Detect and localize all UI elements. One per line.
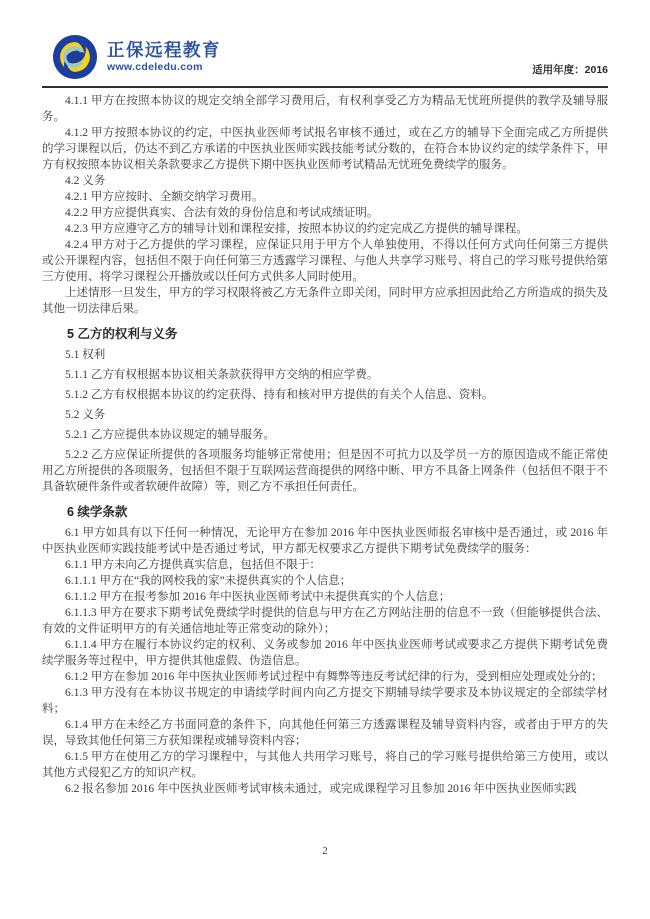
applicable-year-label: 适用年度：2016 <box>532 62 608 80</box>
paragraph: 5.2.2 乙方应保证所提供的各项服务均能够正常使用；但是因不可抗力以及学员一方… <box>42 447 608 495</box>
paragraph: 上述情形一旦发生，甲方的学习权限将被乙方无条件立即关闭，同时甲方应承担因此给乙方… <box>42 285 608 317</box>
paragraph: 4.1.2 甲方按照本协议的约定，中医执业医师考试报名审核不通过，或在乙方的辅导… <box>42 125 608 173</box>
paragraph: 5.2 义务 <box>42 407 608 423</box>
paragraph: 4.1.1 甲方在按照本协议的规定交纳全部学习费用后，有权利享受乙方为精品无忧班… <box>42 93 608 125</box>
brand: 正保远程教育 www.cdeledu.com <box>52 34 221 80</box>
paragraph: 5.1 权利 <box>42 347 608 363</box>
paragraph: 6.2 报名参加 2016 年中医执业医师考试审核未通过，或完成课程学习且参加 … <box>42 781 608 797</box>
paragraph: 5.1.2 乙方有权根据本协议的约定获得、持有和核对甲方提供的有关个人信息、资料… <box>42 387 608 403</box>
paragraph: 4.2.1 甲方应按时、全额交纳学习费用。 <box>42 189 608 205</box>
paragraph: 6.1.1.4 甲方在履行本协议约定的权利、义务或参加 2016 年中医执业医师… <box>42 637 608 669</box>
document-page: 正保远程教育 www.cdeledu.com 适用年度：2016 4.1.1 甲… <box>0 0 650 919</box>
swirl-globe-icon <box>52 34 98 80</box>
paragraph: 6.1.5 甲方在使用乙方的学习课程中，与其他人共用学习账号，将自己的学习账号提… <box>42 749 608 781</box>
paragraph: 5.2.1 乙方应提供本协议规定的辅导服务。 <box>42 427 608 443</box>
brand-url: www.cdeledu.com <box>107 62 221 73</box>
paragraph: 6.1.1.1 甲方在“我的网校我的家”未提供真实的个人信息； <box>42 573 608 589</box>
page-header: 正保远程教育 www.cdeledu.com 适用年度：2016 <box>0 0 650 80</box>
paragraph: 6.1 甲方如具有以下任何一种情况，无论甲方在参加 2016 年中医执业医师报名… <box>42 525 608 557</box>
paragraph: 4.2.2 甲方应提供真实、合法有效的身份信息和考试成绩证明。 <box>42 205 608 221</box>
brand-text: 正保远程教育 www.cdeledu.com <box>107 41 221 72</box>
paragraph: 6.1.3 甲方没有在本协议书规定的申请续学时间内向乙方提交下期辅导续学要求及本… <box>42 685 608 717</box>
brand-name: 正保远程教育 <box>107 41 221 59</box>
paragraph: 6.1.4 甲方在未经乙方书面同意的条件下，向其他任何第三方透露课程及辅导资料内… <box>42 717 608 749</box>
document-body: 4.1.1 甲方在按照本协议的规定交纳全部学习费用后，有权利享受乙方为精品无忧班… <box>0 88 650 797</box>
paragraph: 4.2.3 甲方应遵守乙方的辅导计划和课程安排，按照本协议的约定完成乙方提供的辅… <box>42 221 608 237</box>
paragraph: 4.2.4 甲方对于乙方提供的学习课程，应保证只用于甲方个人单独使用，不得以任何… <box>42 237 608 285</box>
paragraph: 6.1.1.2 甲方在报考参加 2016 年中医执业医师考试中未提供真实的个人信… <box>42 589 608 605</box>
section-heading: 6 续学条款 <box>42 504 608 520</box>
paragraph: 5.1.1 乙方有权根据本协议相关条款获得甲方交纳的相应学费。 <box>42 367 608 383</box>
paragraph: 4.2 义务 <box>42 173 608 189</box>
paragraph: 6.1.1 甲方未向乙方提供真实信息，包括但不限于： <box>42 557 608 573</box>
page-number: 2 <box>0 845 650 857</box>
section-heading: 5 乙方的权利与义务 <box>42 326 608 342</box>
paragraph: 6.1.1.3 甲方在要求下期考试免费续学时提供的信息与甲方在乙方网站注册的信息… <box>42 605 608 637</box>
paragraph: 6.1.2 甲方在参加 2016 年中医执业医师考试过程中有舞弊等违反考试纪律的… <box>42 669 608 685</box>
